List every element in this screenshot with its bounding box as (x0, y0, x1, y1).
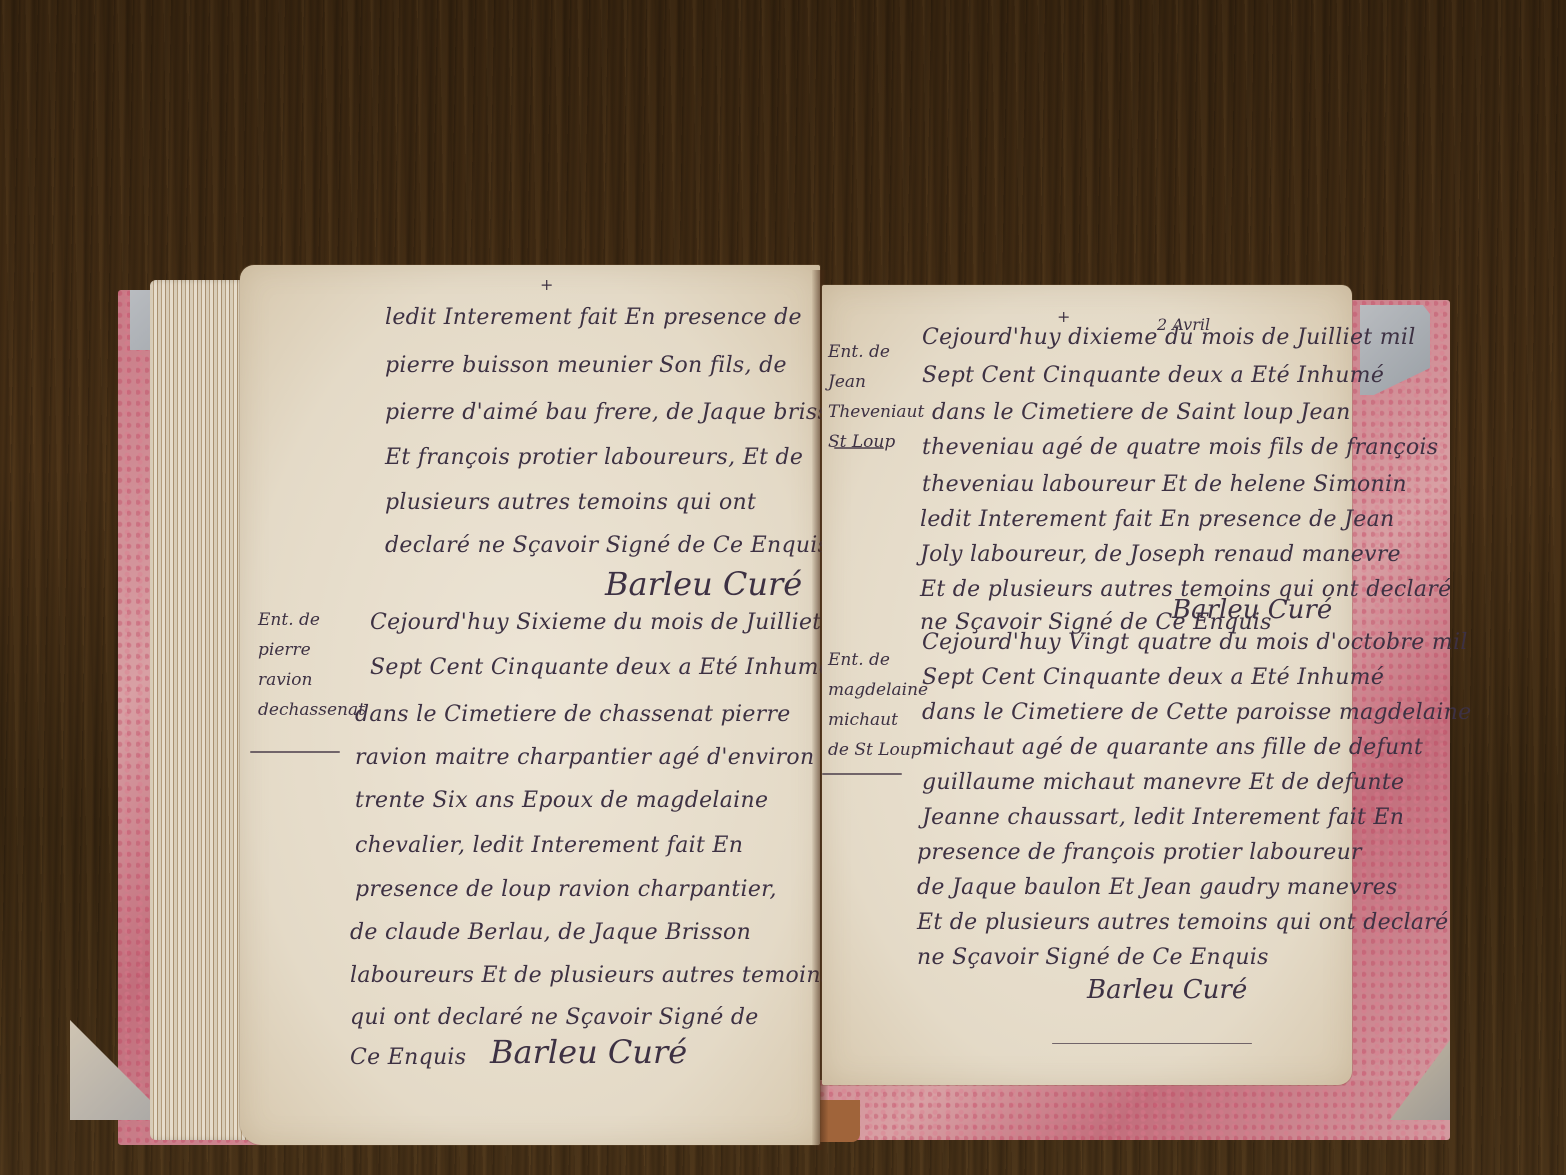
text-line: ravion maitre charpantier agé d'environ (355, 745, 814, 770)
priest-signature: Barleu Curé (1087, 975, 1247, 1005)
text-line: ne Sçavoir Signé de Ce Enquis (917, 945, 1269, 970)
text-line: chevalier, ledit Interement fait En (355, 833, 743, 858)
text-line: laboureurs Et de plusieurs autres temoin… (350, 963, 832, 988)
text-line: Cejourd'huy Vingt quatre du mois d'octob… (922, 630, 1468, 655)
margin-divider (822, 773, 902, 775)
text-line: theveniau laboureur Et de helene Simonin (922, 472, 1407, 497)
text-line: Et de plusieurs autres temoins qui ont d… (917, 910, 1448, 935)
text-line: Sept Cent Cinquante deux a Eté Inhumé (922, 665, 1384, 690)
left-page[interactable]: + ledit Interement fait En presence de p… (240, 265, 820, 1145)
text-line: dans le Cimetiere de chassenat pierre (355, 702, 791, 727)
text-line: plusieurs autres temoins qui ont (385, 490, 756, 515)
text-line: Sept Cent Cinquante deux a Eté Inhumé (370, 655, 832, 680)
text-line: dans le Cimetiere de Saint loup Jean (932, 400, 1351, 425)
text-line: de Jaque baulon Et Jean gaudry manevres (917, 875, 1398, 900)
priest-signature: Barleu Curé (1172, 595, 1332, 625)
text-line: trente Six ans Epoux de magdelaine (355, 788, 768, 813)
text-line: pierre d'aimé bau frere, de Jaque brisso… (385, 400, 857, 425)
text-line: de claude Berlau, de Jaque Brisson (350, 920, 751, 945)
margin-divider (250, 751, 340, 753)
margin-note: Ent. de Jean Theveniaut St Loup (828, 337, 924, 457)
text-line: Ce Enquis (350, 1045, 466, 1070)
margin-divider (834, 447, 884, 449)
margin-note: Ent. de magdelaine michaut de St Loup (828, 645, 928, 765)
text-line: Joly laboureur, de Joseph renaud manevre (920, 542, 1401, 567)
text-line: presence de loup ravion charpantier, (355, 877, 777, 902)
text-line: pierre buisson meunier Son fils, de (385, 353, 787, 378)
text-line: michaut agé de quarante ans fille de def… (922, 735, 1423, 760)
text-line: theveniau agé de quatre mois fils de fra… (922, 435, 1438, 460)
text-line: dans le Cimetiere de Cette paroisse magd… (922, 700, 1471, 725)
text-line: guillaume michaut manevre Et de defunte (922, 770, 1404, 795)
priest-signature: Barleu Curé (605, 565, 802, 603)
priest-signature: Barleu Curé (490, 1033, 687, 1071)
top-cross-mark: + (540, 275, 553, 294)
text-line: Cejourd'huy dixieme du mois de Juilliet … (922, 325, 1416, 350)
text-line: ledit Interement fait En presence de (385, 305, 802, 330)
text-line: declaré ne Sçavoir Signé de Ce Enquis (385, 533, 829, 558)
text-line: presence de françois protier laboureur (917, 840, 1362, 865)
top-cross-mark: + (1057, 307, 1070, 326)
text-line: Cejourd'huy Sixieme du mois de Juilliet … (370, 610, 865, 635)
text-line: qui ont declaré ne Sçavoir Signé de (350, 1005, 759, 1030)
text-line: Jeanne chaussart, ledit Interement fait … (922, 805, 1404, 830)
text-line: Sept Cent Cinquante deux a Eté Inhumé (922, 363, 1384, 388)
right-page[interactable]: + 2 Avril Ent. de Jean Theveniaut St Lou… (822, 285, 1352, 1085)
closing-rule (1052, 1043, 1252, 1044)
text-line: ledit Interement fait En presence de Jea… (920, 507, 1394, 532)
margin-note: Ent. de pierre ravion dechassenat (258, 605, 365, 725)
text-line: Et françois protier laboureurs, Et de (385, 445, 803, 470)
